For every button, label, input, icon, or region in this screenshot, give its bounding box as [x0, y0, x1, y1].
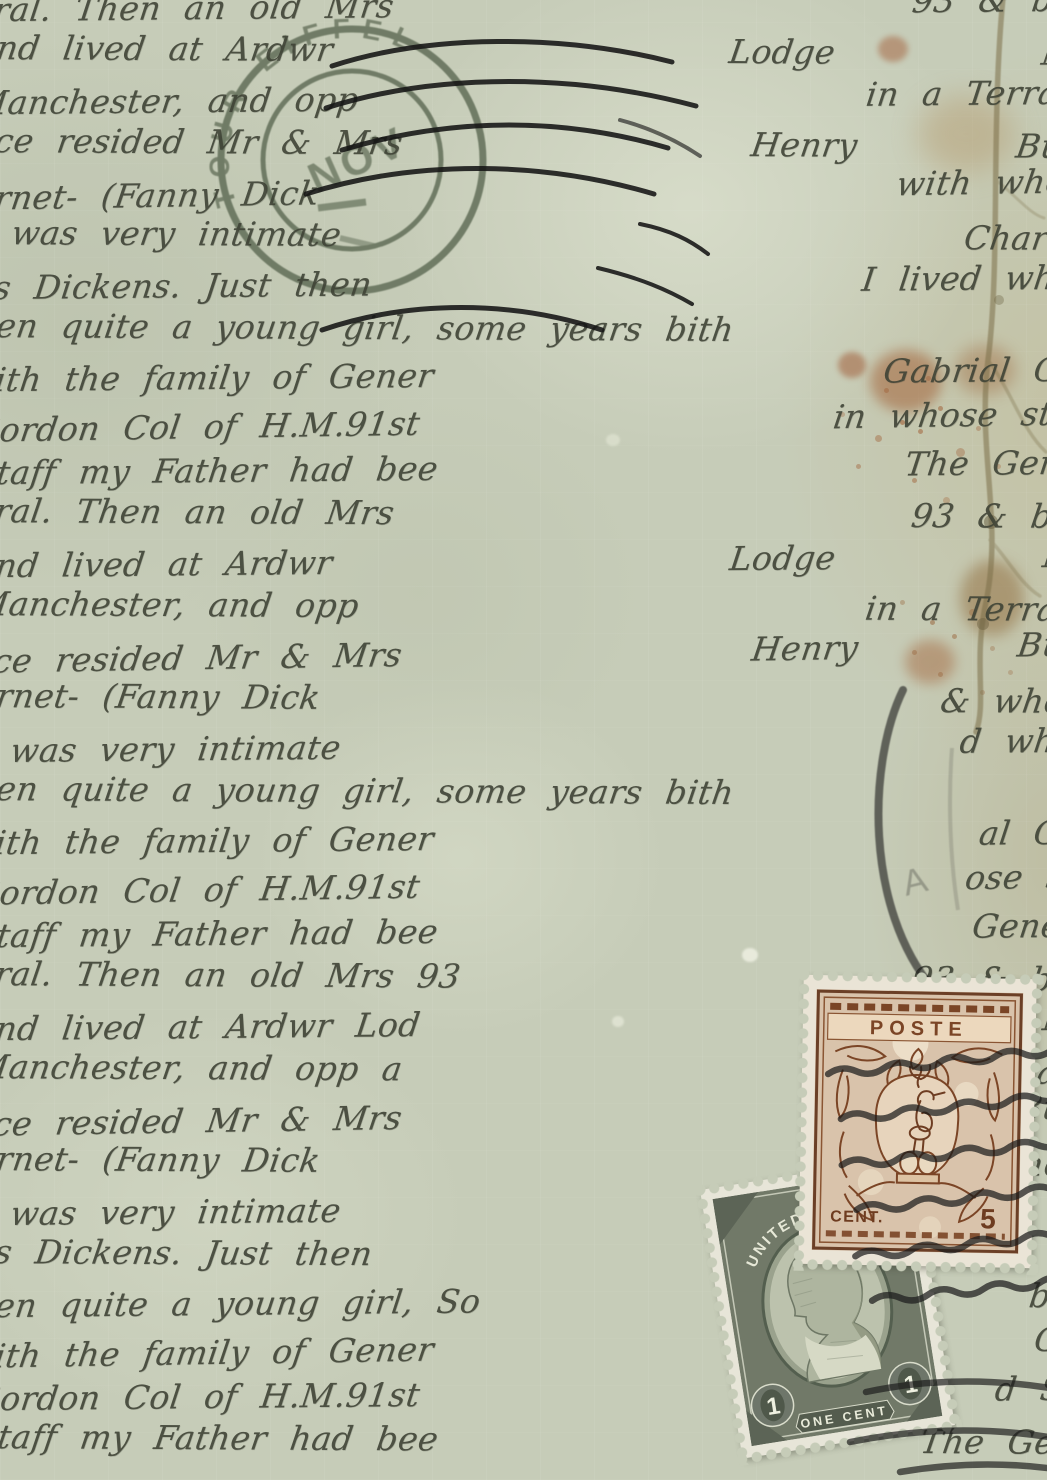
handwriting-fragment-right: Gabrial Gor	[881, 350, 1047, 391]
handwriting-row: es Dickens. Just then I lived when	[0, 257, 1047, 314]
handwriting-fragment-right: 93 & blin	[910, 0, 1047, 20]
handwriting-fragment-left: ace resided Mr & Mrs	[0, 121, 405, 162]
handwriting-row: Manchester, and opp in a Terrace	[0, 72, 1047, 129]
handwriting-fragment-left: Gordon Col of H.M.91st	[0, 1375, 423, 1418]
handwriting-fragment-left: Gordon Col of H.M.91st	[0, 403, 423, 449]
handwriting-row: lind lived at Ardwr Lodge Ma	[0, 28, 1047, 80]
handwriting-fragment-right: & whom	[938, 682, 1047, 722]
handwriting-fragment-middle: Lodge	[727, 538, 838, 578]
handwriting-fragment-right: with whom	[894, 161, 1047, 203]
handwriting-fragment-left: urnet- (Fanny Dick	[0, 174, 322, 218]
handwriting-fragment-right: in a Terrace	[864, 72, 1047, 113]
stamp-denomination: 5	[980, 1203, 996, 1234]
handwriting-fragment-right: I lived when	[860, 257, 1047, 298]
handwriting-fragment-right: in whose staff	[831, 393, 1047, 436]
handwriting-fragment-left: ace resided Mr & Mrs	[0, 1098, 405, 1144]
handwriting-fragment-middle: Henry	[749, 125, 861, 165]
handwriting-row: I was very intimate Charles	[0, 214, 1047, 266]
handwriting-fragment-right: Burs	[1013, 126, 1047, 165]
handwriting-fragment-left: lind lived at Ardwr	[0, 28, 336, 69]
handwriting-fragment-left: hen quite a young girl, some years bith	[0, 306, 736, 349]
handwriting-fragment-middle: Henry	[749, 628, 861, 669]
handwriting-fragment-right: 93 & blin	[909, 496, 1047, 536]
handwriting-fragment-left: I was very intimate	[0, 728, 343, 771]
handwriting-fragment-left: ace resided Mr & Mrs	[0, 635, 405, 681]
handwriting-fragment-right: Gor	[1032, 1319, 1047, 1359]
vintage-letter-paper: TOUR EIFFEL NOV A eral. Then an old Mrs …	[0, 0, 1047, 1480]
handwriting-fragment-right: The Gene	[918, 1422, 1047, 1462]
handwriting-fragment-left: Manchester, and opp	[0, 79, 361, 122]
handwriting-fragment-right: Ma	[1039, 34, 1047, 73]
handwriting-fragment-right: in a Terrace	[863, 589, 1047, 629]
handwriting-fragment-right: ose sta	[963, 856, 1047, 897]
handwriting-fragment-left: lind lived at Ardwr Lod	[0, 1005, 423, 1048]
handwriting-fragment-left: Staff my Father had bee	[0, 1417, 441, 1458]
handwriting-row: hen quite a young girl, some years bith	[0, 306, 1047, 358]
handwriting-fragment-left: Manchester, and opp a	[0, 1047, 405, 1088]
handwriting-row: hen quite a young girl, some years bith	[0, 769, 1047, 821]
stork-pedestal-design: POSTE	[812, 989, 1024, 1254]
handwriting-fragment-left: I was very intimate	[0, 214, 344, 255]
handwriting-fragment-left: Staff my Father had bee	[0, 912, 441, 955]
handwriting-fragment-left: Staff my Father had bee	[0, 449, 441, 492]
handwriting-fragment-left: Gordon Col of H.M.91st	[0, 866, 423, 912]
handwriting-fragment-left: urnet- (Fanny Dick	[0, 1139, 323, 1180]
handwriting-fragment-right: Genera	[970, 906, 1047, 946]
handwriting-fragment-left: hen quite a young girl, some years bith	[0, 769, 736, 812]
handwriting-fragment-right: al Gor	[977, 813, 1047, 853]
stamp-cent-label: CENT.	[830, 1208, 884, 1226]
handwriting-fragment-left: bith the family of Gener	[0, 1329, 436, 1375]
handwriting-fragment-right: d when	[958, 720, 1047, 760]
handwriting-row: I was very intimate d when	[0, 720, 1047, 777]
handwriting-fragment-left: urnet- (Fanny Dick	[0, 677, 323, 718]
handwriting-fragment-left: hen quite a young girl, So	[0, 1282, 483, 1326]
handwriting-fragment-left: eral. Then an old Mrs	[0, 0, 396, 29]
handwriting-fragment-right: Charles	[962, 219, 1047, 259]
stamp-poste-label: POSTE	[870, 1017, 968, 1041]
handwriting-fragment-right: bith	[1027, 1276, 1047, 1316]
handwriting-fragment-left: es Dickens. Just then	[0, 264, 374, 307]
handwriting-fragment-left: bith the family of Gener	[0, 356, 436, 399]
handwriting-fragment-right: d Sta	[993, 1369, 1047, 1409]
handwriting-row: eral. Then an old Mrs 93 & blin	[0, 491, 1047, 543]
poste-5-cent-stamp: POSTE	[798, 975, 1037, 1268]
handwriting-fragment-left: bith the family of Gener	[0, 819, 436, 862]
handwriting-row: lind lived at Ardwr Lodge Ma	[0, 535, 1047, 592]
handwriting-fragment-right: Ma	[1040, 998, 1047, 1038]
handwriting-fragment-left: Manchester, and opp	[0, 584, 362, 625]
handwriting-fragment-right: The Gener	[903, 443, 1047, 484]
handwriting-fragment-right: Ma	[1040, 535, 1047, 575]
handwriting-fragment-left: eral. Then an old Mrs 93	[0, 954, 463, 996]
handwriting-row: urnet- (Fanny Dick & whom	[0, 677, 1047, 729]
handwriting-fragment-left: eral. Then an old Mrs	[0, 491, 397, 532]
handwriting-fragment-left: es Dickens. Just then	[0, 1232, 375, 1273]
handwriting-fragment-left: I was very intimate	[0, 1191, 343, 1234]
handwriting-fragment-left: lind lived at Ardwr	[0, 543, 335, 585]
handwriting-fragment-right: Burs	[1015, 624, 1047, 664]
handwriting-fragment-middle: Lodge	[727, 32, 838, 72]
